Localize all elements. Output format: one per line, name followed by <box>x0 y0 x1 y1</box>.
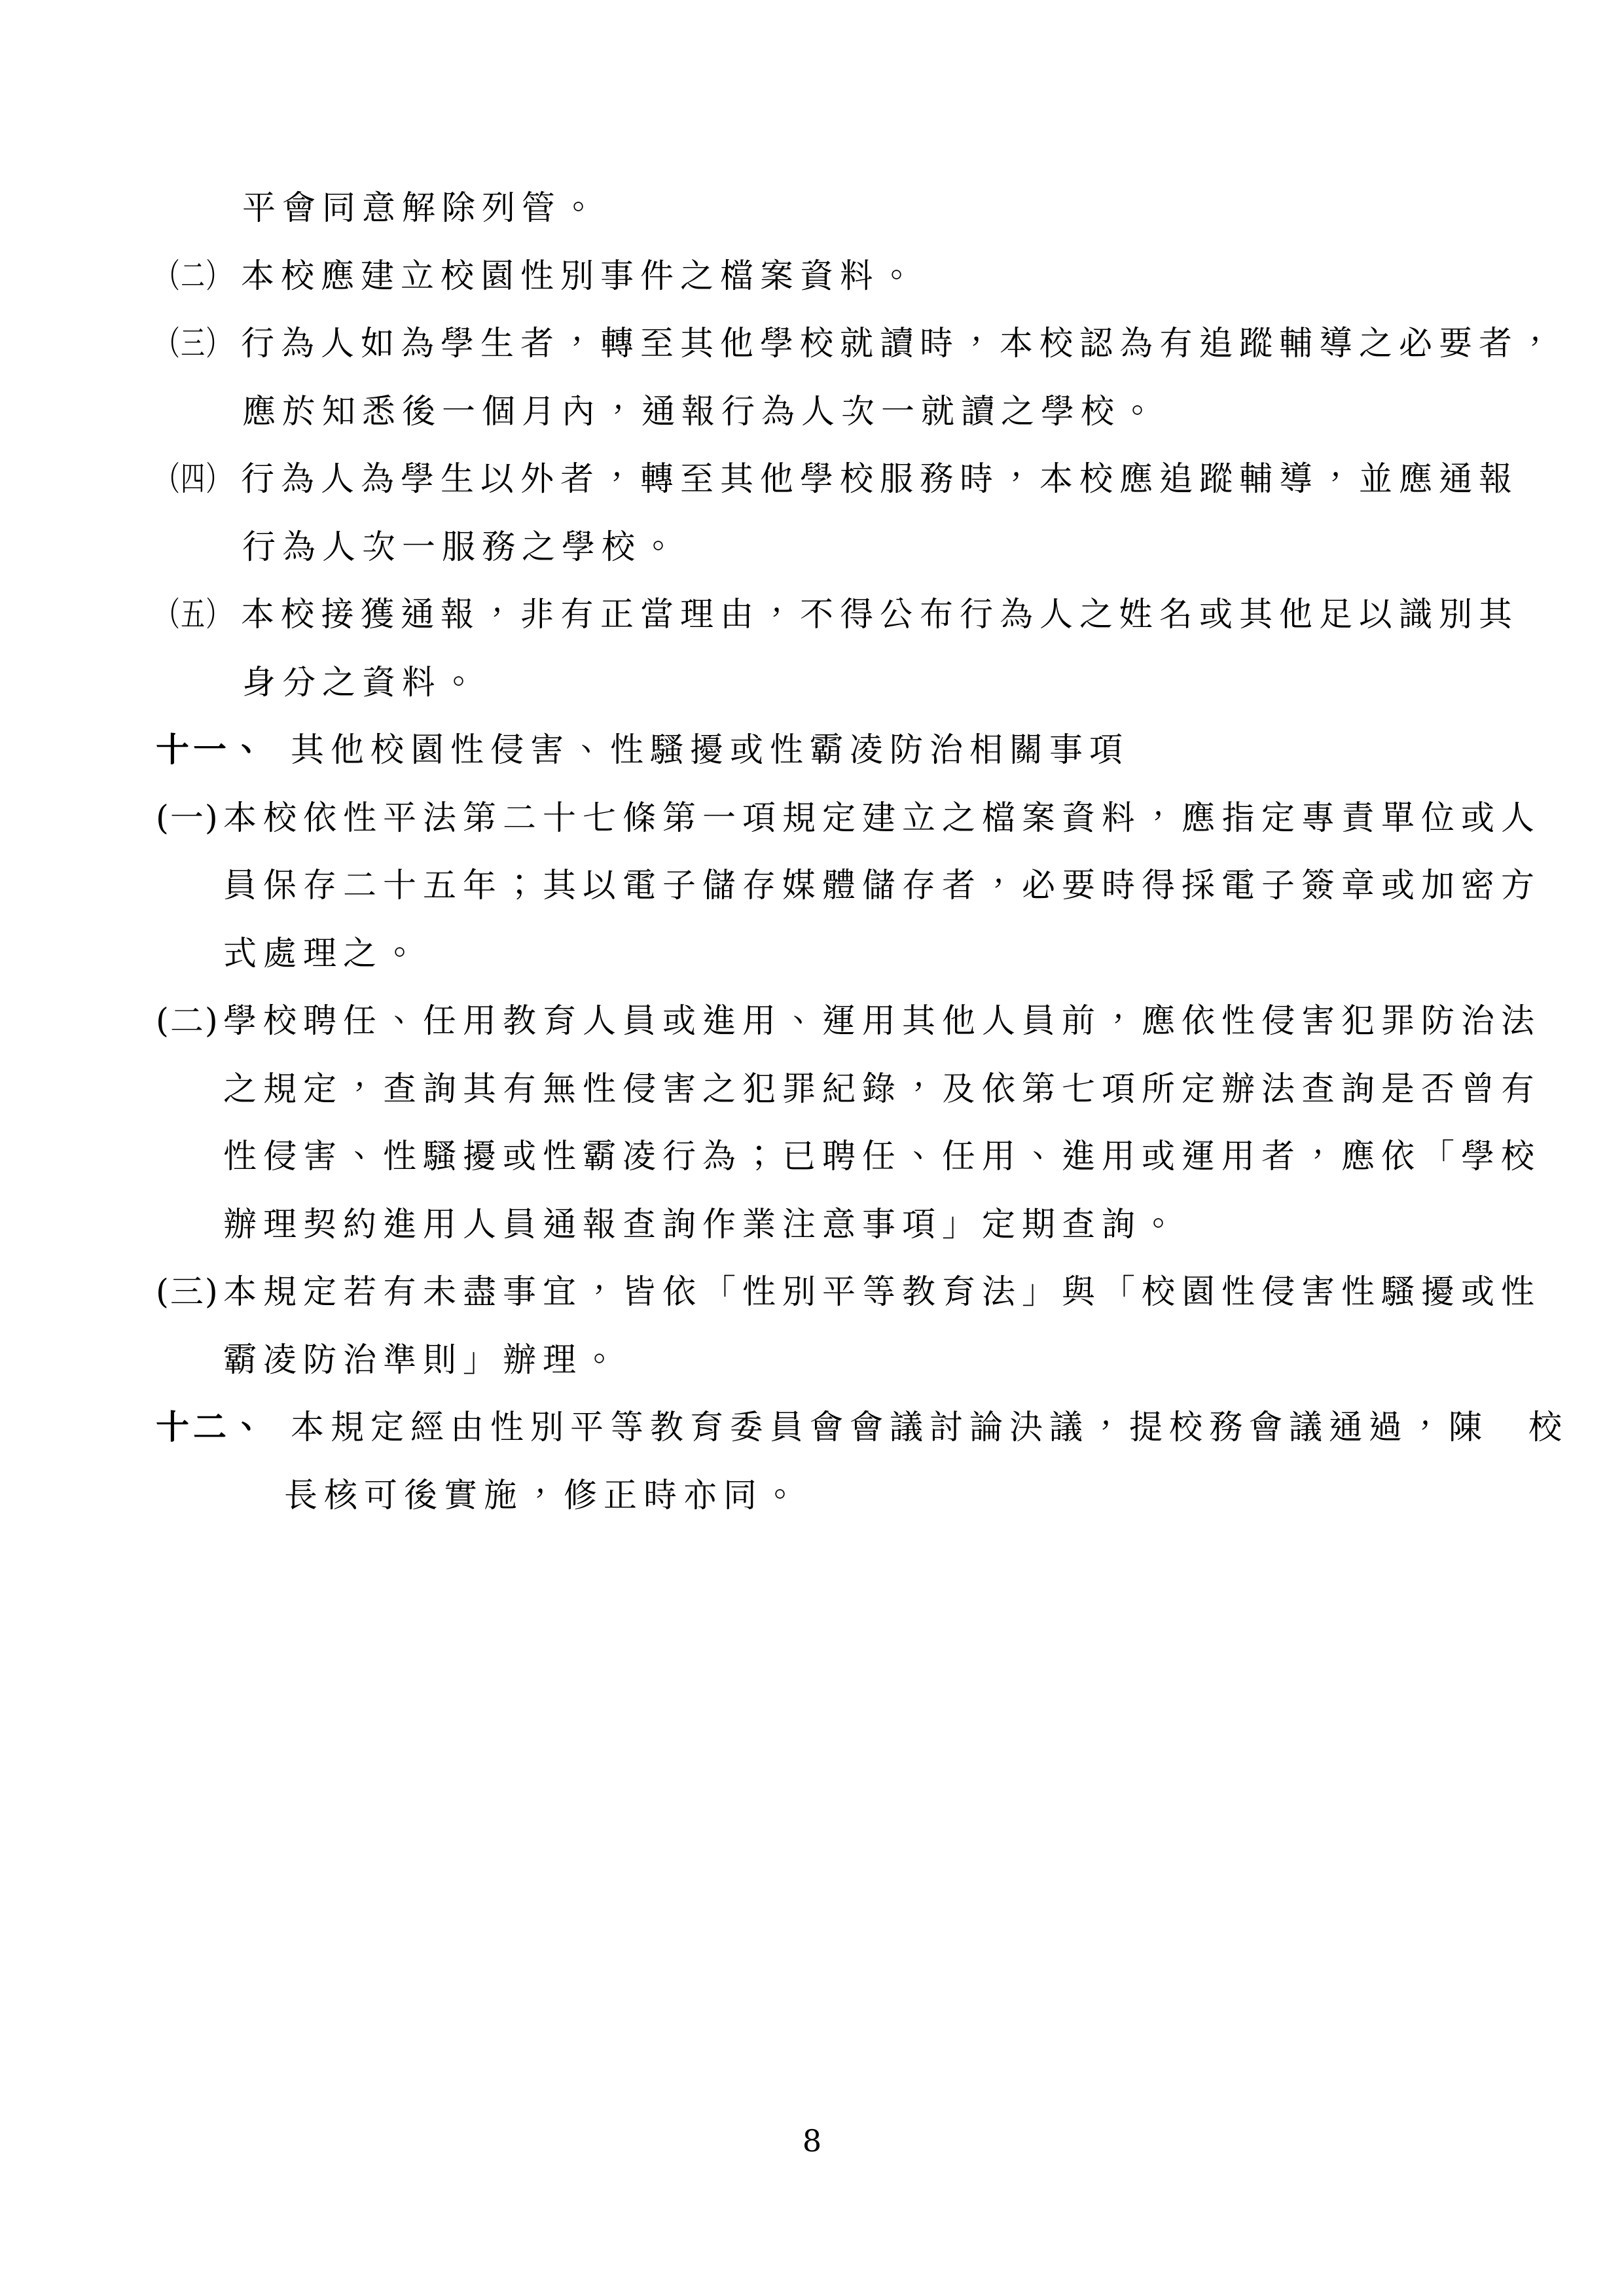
doc-line-16: 辦理契約進用人員通報查詢作業注意事項」定期查詢。 <box>156 1191 1471 1259</box>
item-label: （二） <box>156 243 230 311</box>
line-text: 行為人如為學生者，轉至其他學校就讀時，本校認為有追蹤輔導之必要者， <box>241 310 1559 378</box>
item-label: （五） <box>156 581 230 649</box>
doc-line-19-section-12: 十二、本規定經由性別平等教育委員會會議討論決議，提校務會議通過，陳 校 <box>156 1394 1471 1462</box>
doc-line-12: 式處理之。 <box>156 920 1471 988</box>
line-text: 霸凌防治準則」辦理。 <box>223 1341 623 1380</box>
line-text: 行為人為學生以外者，轉至其他學校服務時，本校應追蹤輔導，並應通報 <box>241 446 1519 514</box>
item-label: （三） <box>156 310 230 378</box>
line-text: 學校聘任、任用教育人員或進用、運用其他人員前，應依性侵害犯罪防治法 <box>223 988 1541 1056</box>
section-number-label: 十一、 <box>156 717 268 785</box>
doc-line-05: （四）行為人為學生以外者，轉至其他學校服務時，本校應追蹤輔導，並應通報 <box>156 446 1471 514</box>
doc-line-01: 平會同意解除列管。 <box>156 175 1471 243</box>
doc-line-18: 霸凌防治準則」辦理。 <box>156 1327 1471 1395</box>
document-page: 平會同意解除列管。 （二）本校應建立校園性別事件之檔案資料。 （三）行為人如為學… <box>0 0 1624 2296</box>
line-text: 性侵害、性騷擾或性霸凌行為；已聘任、任用、進用或運用者，應依「學校 <box>223 1138 1541 1176</box>
line-text: 其他校園性侵害、性騷擾或性霸凌防治相關事項 <box>291 717 1129 785</box>
doc-line-02: （二）本校應建立校園性別事件之檔案資料。 <box>156 243 1471 311</box>
line-text: 身分之資料。 <box>242 664 482 702</box>
doc-line-11: 員保存二十五年；其以電子儲存媒體儲存者，必要時得採電子簽章或加密方 <box>156 852 1471 920</box>
line-text: 本校應建立校園性別事件之檔案資料。 <box>241 243 920 311</box>
doc-line-07: （五）本校接獲通報，非有正當理由，不得公布行為人之姓名或其他足以識別其 <box>156 581 1471 649</box>
doc-line-06: 行為人次一服務之學校。 <box>156 514 1471 582</box>
document-body: 平會同意解除列管。 （二）本校應建立校園性別事件之檔案資料。 （三）行為人如為學… <box>156 175 1471 1530</box>
line-text: 之規定，查詢其有無性侵害之犯罪紀錄，及依第七項所定辦法查詢是否曾有 <box>223 1070 1541 1109</box>
doc-line-14: 之規定，查詢其有無性侵害之犯罪紀錄，及依第七項所定辦法查詢是否曾有 <box>156 1056 1471 1124</box>
line-text: 員保存二十五年；其以電子儲存媒體儲存者，必要時得採電子簽章或加密方 <box>223 867 1541 905</box>
line-text: 應於知悉後一個月內，通報行為人次一就讀之學校。 <box>242 393 1161 431</box>
doc-line-04: 應於知悉後一個月內，通報行為人次一就讀之學校。 <box>156 378 1471 446</box>
doc-line-10: (一)本校依性平法第二十七條第一項規定建立之檔案資料，應指定專責單位或人 <box>156 785 1471 853</box>
doc-line-09-section-11: 十一、其他校園性侵害、性騷擾或性霸凌防治相關事項 <box>156 717 1471 785</box>
doc-line-03: （三）行為人如為學生者，轉至其他學校就讀時，本校認為有追蹤輔導之必要者， <box>156 310 1471 378</box>
item-label: (一) <box>156 785 219 853</box>
doc-line-15: 性侵害、性騷擾或性霸凌行為；已聘任、任用、進用或運用者，應依「學校 <box>156 1123 1471 1191</box>
doc-line-13: (二)學校聘任、任用教育人員或進用、運用其他人員前，應依性侵害犯罪防治法 <box>156 988 1471 1056</box>
doc-line-20: 長核可後實施，修正時亦同。 <box>156 1462 1471 1530</box>
item-label: （四） <box>156 446 230 514</box>
doc-line-08: 身分之資料。 <box>156 649 1471 717</box>
line-text: 本校接獲通報，非有正當理由，不得公布行為人之姓名或其他足以識別其 <box>241 581 1519 649</box>
line-text: 本規定經由性別平等教育委員會會議討論決議，提校務會議通過，陳 校 <box>291 1394 1568 1462</box>
section-number-label: 十二、 <box>156 1394 268 1462</box>
item-label: (三) <box>156 1259 219 1327</box>
line-text: 長核可後實施，修正時亦同。 <box>284 1477 803 1515</box>
line-text: 本校依性平法第二十七條第一項規定建立之檔案資料，應指定專責單位或人 <box>223 785 1541 853</box>
line-text: 本規定若有未盡事宜，皆依「性別平等教育法」與「校園性侵害性騷擾或性 <box>223 1259 1541 1327</box>
line-text: 行為人次一服務之學校。 <box>242 528 681 567</box>
line-text: 式處理之。 <box>223 935 423 973</box>
doc-line-17: (三)本規定若有未盡事宜，皆依「性別平等教育法」與「校園性侵害性騷擾或性 <box>156 1259 1471 1327</box>
line-text: 辦理契約進用人員通報查詢作業注意事項」定期查詢。 <box>223 1206 1182 1244</box>
page-number: 8 <box>0 2125 1624 2157</box>
line-text: 平會同意解除列管。 <box>242 189 602 228</box>
item-label: (二) <box>156 988 219 1056</box>
